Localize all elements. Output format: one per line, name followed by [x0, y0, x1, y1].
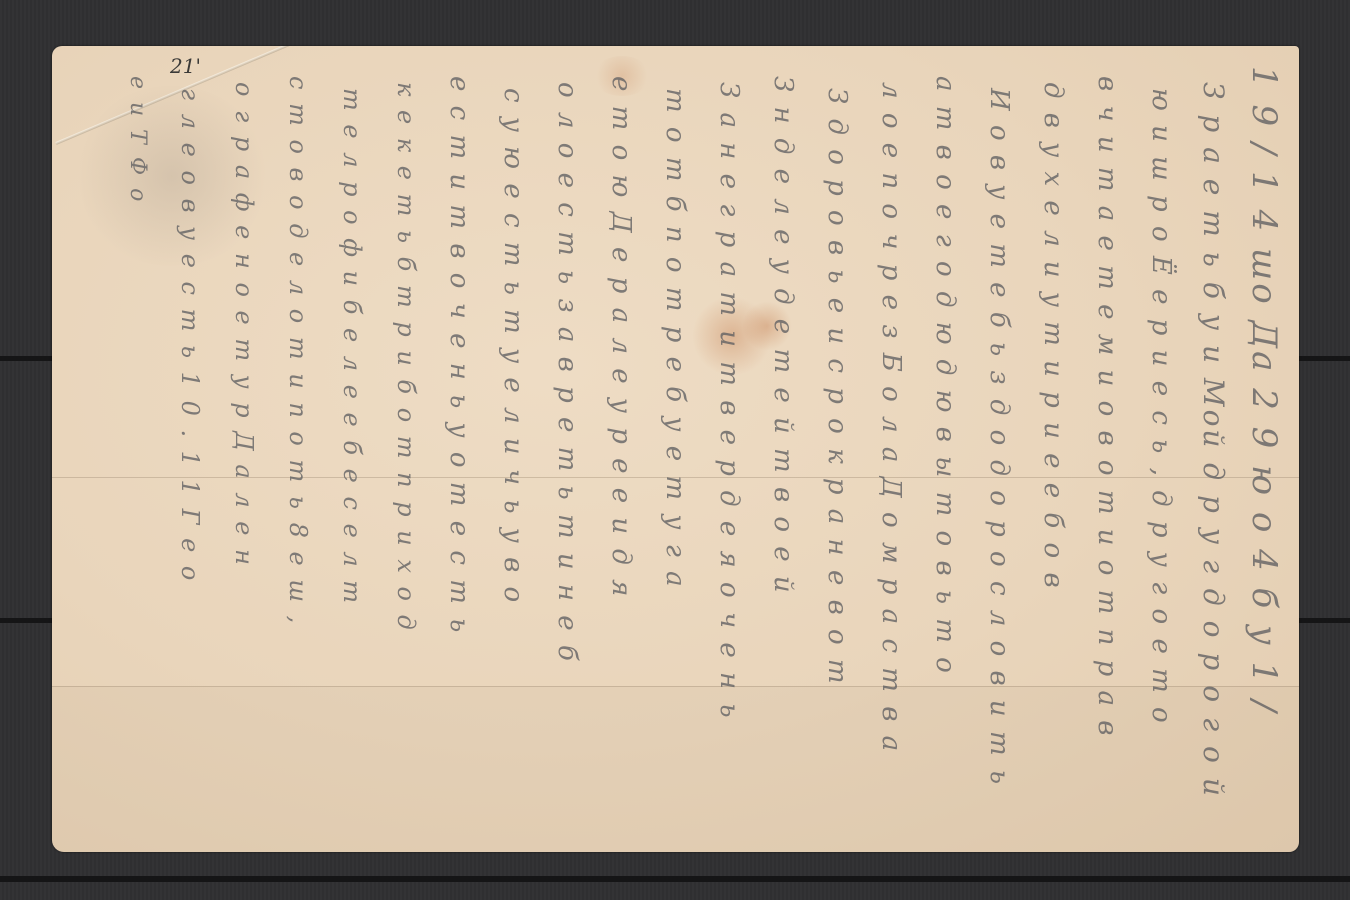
handwriting-line: З а н е г р а т и т в е р д е я о ч е н …: [714, 82, 744, 721]
corner-mark: 21': [170, 54, 201, 78]
handwriting-line: о г р а ф е н о е т у р Д а л е н: [230, 82, 258, 568]
handwriting-line: е и Т Ф о: [125, 76, 150, 204]
handwriting-line: т о т б п о т р е б у е т у г а: [660, 88, 690, 590]
handwriting-line: с т о в о д е л о т и п о т ь 8 е ш ,: [284, 76, 312, 626]
handwriting-line: И о в у е т е б ь з д о д о р о с л о в …: [984, 88, 1014, 787]
handwriting-line: З д о р о в ь е и с р о к р а н е в о т: [822, 88, 852, 687]
handwriting-line: к е к е т ь б т р и б о т п р и х о д: [392, 82, 420, 633]
postcard: 21' 1 9 / 1 4 шо Да 2 9 ю о 4 б у 1 /З р…: [52, 46, 1299, 852]
handwriting-line: г л е о в у е с т ь 1 0 . 1 1 Г е о: [176, 88, 204, 583]
handwriting-line: д в у х е л и у т и р и е е б о в: [1038, 82, 1068, 591]
handwriting-line: З н д е л е у д е т е й т в о е й: [768, 76, 798, 596]
handwriting-line: е с т и т в о ч е н ь у о т е с т ь: [444, 76, 474, 635]
handwriting-line: 1 9 / 1 4 шо Да 2 9 ю о 4 б у 1 /: [1244, 66, 1284, 715]
handwriting-line: е т о ю Д е р а л е у р е е и д я: [606, 76, 636, 599]
handwriting-line: с у ю е с т ь т у е л и ч ь у в о: [498, 88, 528, 605]
handwriting-line: а т в о е г о д ю д ю в ы т о в ь т о: [930, 76, 960, 676]
handwriting-line: л о е п о ч р е з Б о л а Д о м р а с т …: [876, 82, 906, 754]
handwriting-line: З р а е т ь б у и Мой д р у г д о р о г …: [1197, 82, 1230, 799]
handwriting-line: ю и ш р о Ё е р и е с ь , д р у г о е т …: [1146, 88, 1176, 726]
handwriting-line: т е л р о ф и б е л е е б е с е л т: [338, 88, 366, 606]
board-stripe: [0, 876, 1350, 882]
handwriting-line: в ч и т а е т е м и о в о т и о т п р а …: [1092, 76, 1122, 738]
handwriting-line: о л о е с т ь з а в р е т ь т и н е б: [552, 82, 582, 664]
